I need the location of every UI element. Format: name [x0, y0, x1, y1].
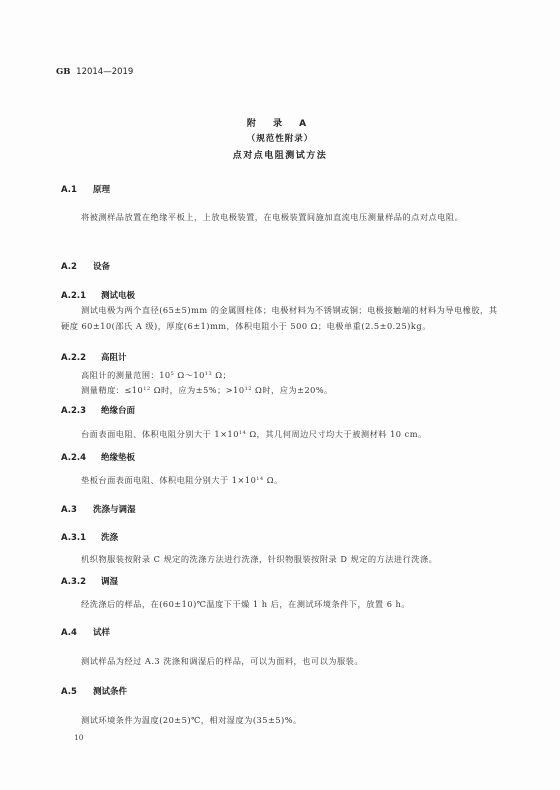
section-heading-a3: A.3洗涤与调湿: [61, 503, 136, 515]
section-text-a21: 测试电极为两个直径(65±5)mm 的金属圆柱体；电极材料为不锈钢或铜；电极接触…: [61, 302, 501, 334]
section-heading-a5: A.5测试条件: [61, 685, 127, 697]
section-text-a32: 经洗涤后的样品，在(60±10)℃温度下干燥 1 h 后，在测试环境条件下，放置…: [81, 596, 521, 612]
section-heading-a32: A.3.2调湿: [61, 575, 118, 587]
appendix-title: 附 录 A: [0, 116, 560, 129]
section-heading-a2: A.2设备: [61, 260, 110, 272]
standard-number: 12014—2019: [76, 67, 133, 77]
section-heading-a4: A.4试样: [61, 626, 110, 638]
section-text-a22-accuracy: 测量精度：≤1012 Ω时，应为±5%；>1012 Ω时，应为±20%。: [81, 381, 521, 398]
section-text-a24: 垫板台面表面电阻、体积电阻分别大于 1×1014 Ω。: [81, 471, 521, 488]
section-text-a4: 测试样品为经过 A.3 洗涤和调湿后的样品，可以为面料，也可以为服装。: [81, 653, 521, 669]
standard-code: GB: [56, 67, 70, 77]
appendix-type: （规范性附录）: [0, 132, 560, 144]
document-page: GB 12014—2019 附 录 A （规范性附录） 点对点电阻测试方法 A.…: [0, 0, 560, 790]
section-heading-a31: A.3.1洗涤: [61, 531, 118, 543]
section-text-a5: 测试环境条件为温度(20±5)℃，相对湿度为(35±5)%。: [81, 712, 521, 728]
section-text-a23: 台面表面电阻、体积电阻分别大于 1×1014 Ω，其几何周边尺寸均大于被测材料 …: [81, 425, 521, 442]
section-heading-a24: A.2.4绝缘垫板: [61, 451, 135, 463]
page-number: 10: [74, 733, 84, 742]
section-text-a1: 将被测样品放置在绝缘平板上，上放电极装置，在电极装置间施加直流电压测量样品的点对…: [61, 209, 501, 225]
standard-header: GB 12014—2019: [56, 67, 133, 77]
section-heading-a1: A.1原理: [61, 183, 110, 195]
appendix-name: 点对点电阻测试方法: [0, 148, 560, 161]
section-heading-a21: A.2.1测试电极: [61, 289, 135, 301]
section-heading-a22: A.2.2高阻计: [61, 351, 127, 363]
section-heading-a23: A.2.3绝缘台面: [61, 404, 135, 416]
section-text-a31: 机织物服装按附录 C 规定的洗涤方法进行洗涤，针织物服装按附录 D 规定的方法进…: [81, 551, 521, 567]
